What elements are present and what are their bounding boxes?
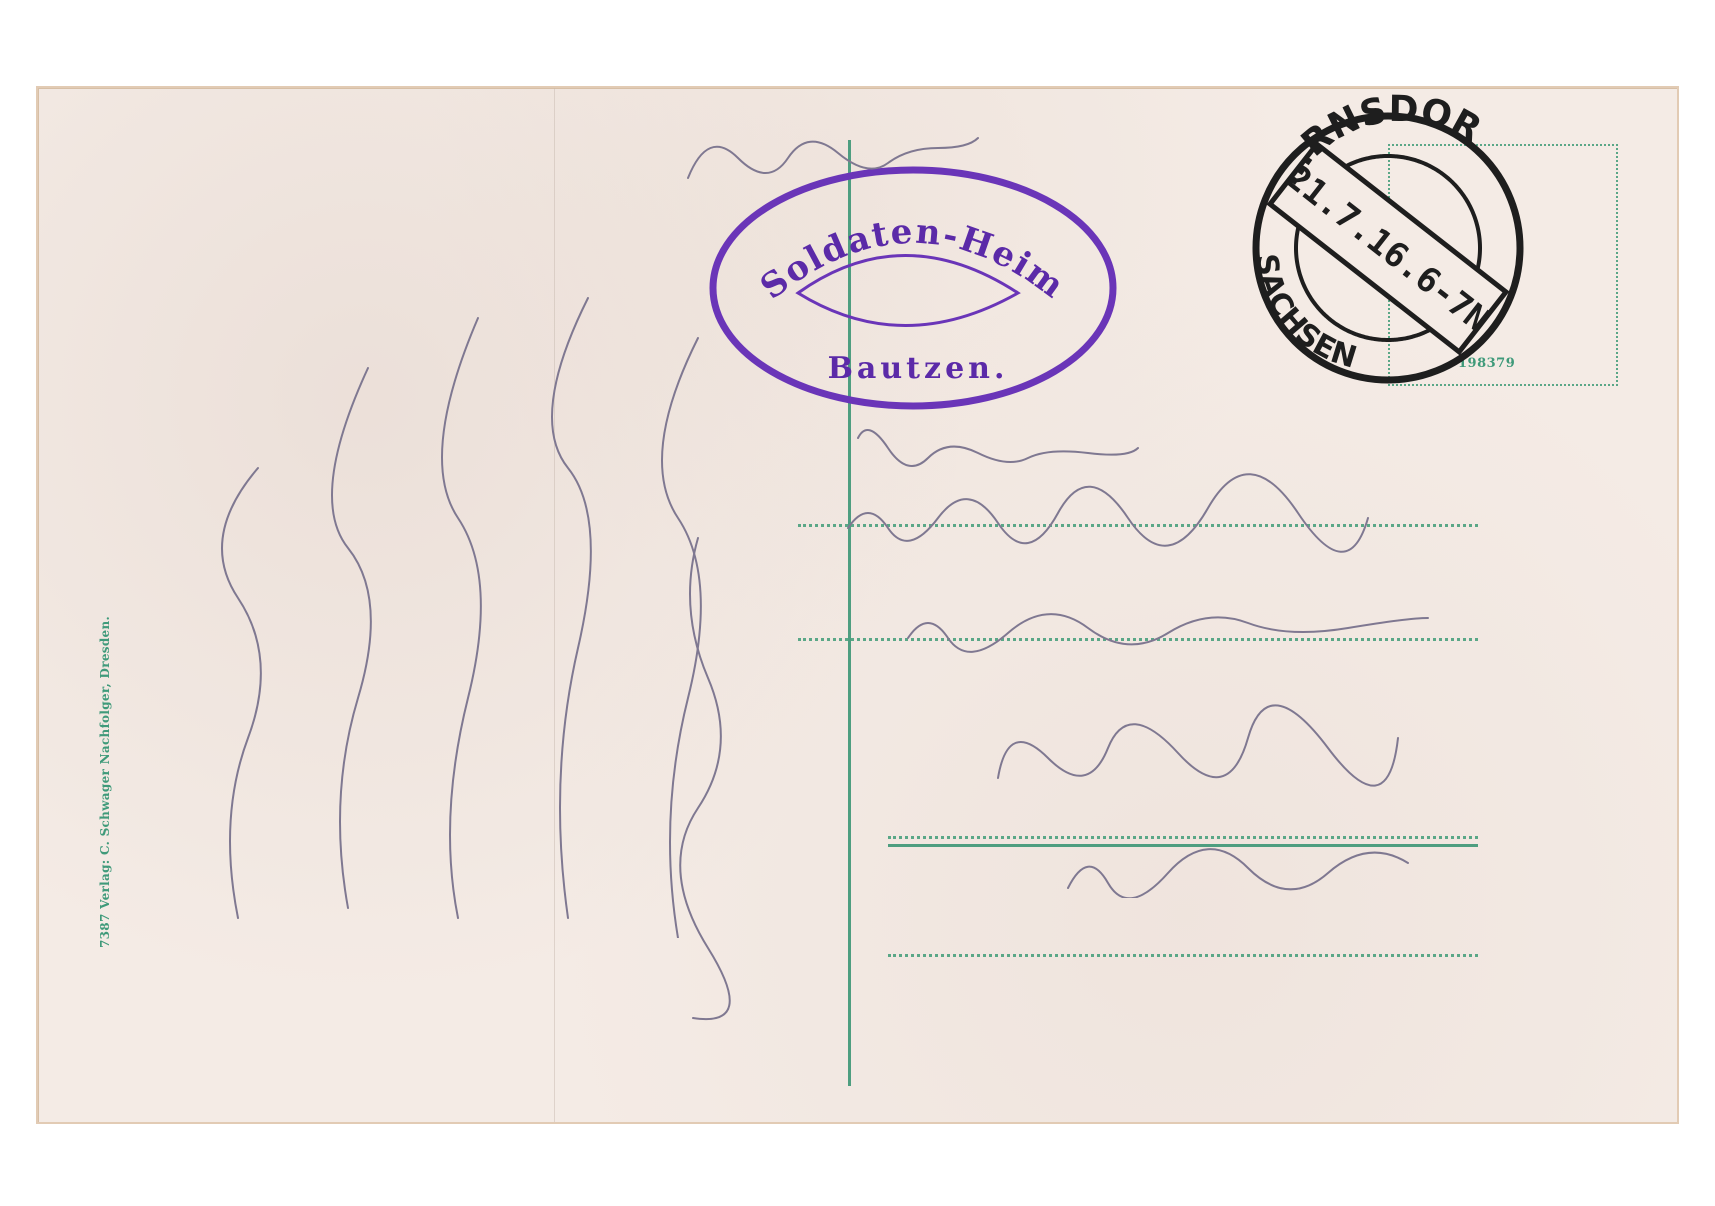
postcard: 7387 Verlag: C. Schwager Nachfolger, Dre… [36,86,1679,1124]
publisher-imprint: 7387 Verlag: C. Schwager Nachfolger, Dre… [98,616,112,948]
postmark-date: 21.7.16.6-7N [1278,157,1496,340]
handwriting-dateline [638,528,738,1028]
postmark-region: SACHSEN [1248,252,1361,376]
address-line-4 [888,954,1478,957]
handwriting-address [828,418,1468,898]
stamp-line-2: Bautzen. [828,351,1009,386]
svg-text:SACHSEN: SACHSEN [1248,252,1361,376]
postmark: 21.7.16.6-7N …RNSDORF SACHSEN [1228,88,1548,388]
handwriting-feldpost [678,118,998,198]
